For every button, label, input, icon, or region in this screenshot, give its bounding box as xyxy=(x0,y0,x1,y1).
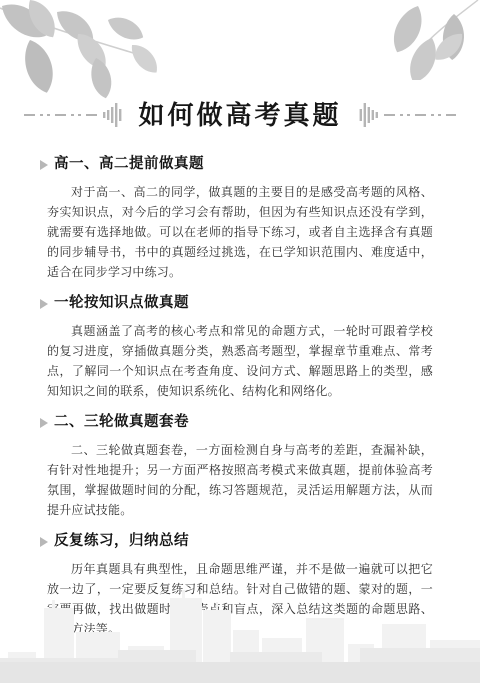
dashed-line-left xyxy=(24,114,97,116)
section-heading: 二、三轮做真题套卷 xyxy=(40,414,480,431)
leaves-top-right-icon xyxy=(360,0,480,80)
sound-wave-icon xyxy=(103,102,125,128)
section-paragraph: 历年真题具有典型性，且命题思维严谨，并不是做一遍就可以把它放一边了，一定要反复练… xyxy=(47,559,433,639)
section-heading-text: 二、三轮做真题套卷 xyxy=(54,414,189,431)
section-heading-text: 高一、高二提前做真题 xyxy=(54,156,204,173)
dashed-line-right xyxy=(384,114,457,116)
triangle-right-icon xyxy=(40,537,48,547)
section-paragraph: 真题涵盖了高考的核心考点和常见的命题方式，一轮时可跟着学校的复习进度，穿插做真题… xyxy=(47,321,433,401)
main-content: 高一、高二提前做真题 对于高一、高二的同学，做真题的主要目的是感受高考题的风格、… xyxy=(0,134,480,652)
section: 一轮按知识点做真题 真题涵盖了高考的核心考点和常见的命题方式，一轮时可跟着学校的… xyxy=(0,295,480,401)
section: 二、三轮做真题套卷 二、三轮做真题套卷，一方面检测自身与高考的差距，查漏补缺，有… xyxy=(0,414,480,520)
triangle-right-icon xyxy=(40,418,48,428)
section: 高一、高二提前做真题 对于高一、高二的同学，做真题的主要目的是感受高考题的风格、… xyxy=(0,156,480,282)
section-heading: 一轮按知识点做真题 xyxy=(40,295,480,312)
section-paragraph: 二、三轮做真题套卷，一方面检测自身与高考的差距，查漏补缺，有针对性地提升；另一方… xyxy=(47,440,433,520)
section-heading-text: 一轮按知识点做真题 xyxy=(54,295,189,312)
triangle-right-icon xyxy=(40,160,48,170)
leaves-top-left-icon xyxy=(0,0,165,100)
section: 反复练习，归纳总结 历年真题具有典型性，且命题思维严谨，并不是做一遍就可以把它放… xyxy=(0,533,480,639)
section-heading: 反复练习，归纳总结 xyxy=(40,533,480,550)
section-heading-text: 反复练习，归纳总结 xyxy=(54,533,189,550)
page-header: 如何做高考真题 xyxy=(0,96,480,134)
section-paragraph: 对于高一、高二的同学，做真题的主要目的是感受高考题的风格、夯实知识点，对今后的学… xyxy=(47,182,433,282)
triangle-right-icon xyxy=(40,299,48,309)
sound-wave-icon xyxy=(356,102,378,128)
page-title: 如何做高考真题 xyxy=(139,96,342,134)
page: { "header": { "title": "如何做高考真题" }, "sec… xyxy=(0,0,480,683)
section-heading: 高一、高二提前做真题 xyxy=(40,156,480,173)
